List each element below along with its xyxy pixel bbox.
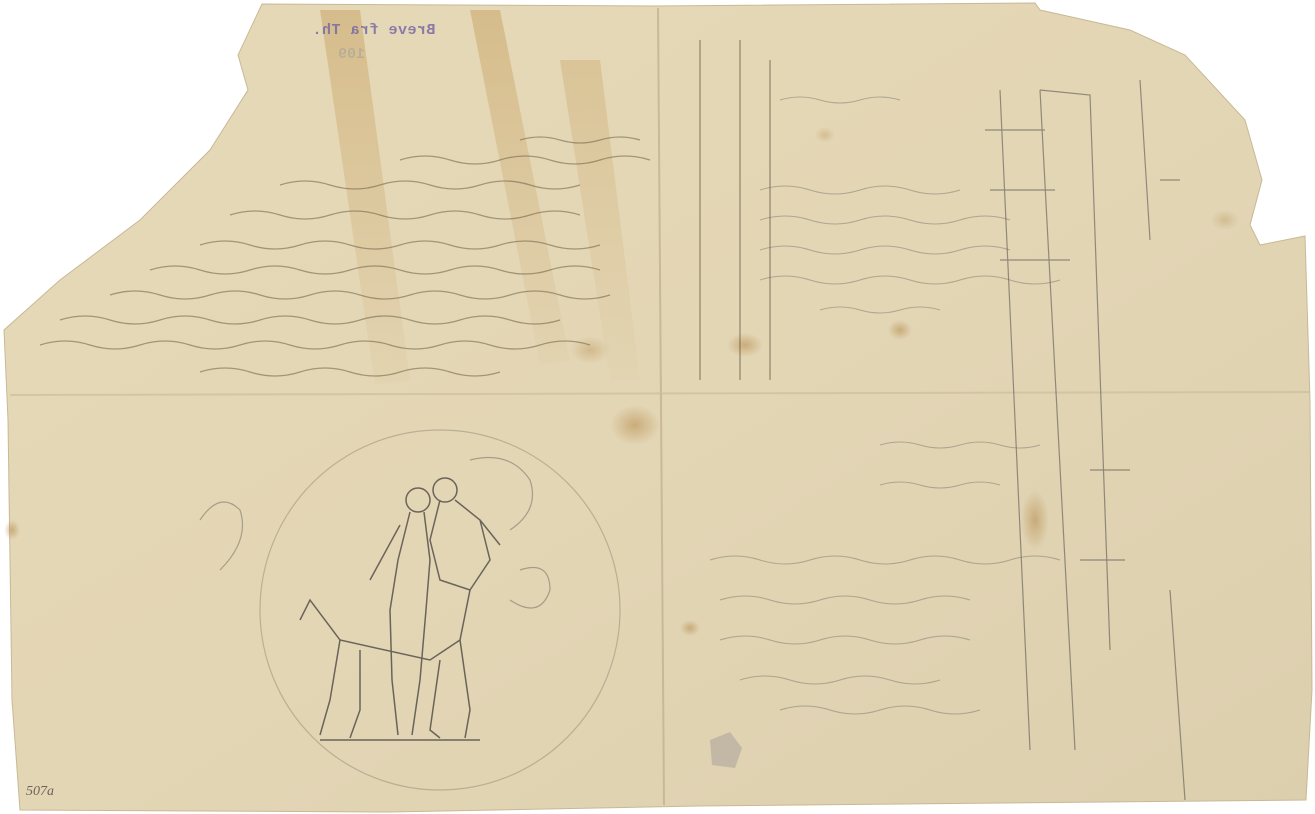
collection-stamp: Breve fra Th. <box>312 22 436 39</box>
stamp-number: 109 <box>338 46 365 63</box>
inventory-number: 507a <box>26 784 54 800</box>
manuscript-sheet: Breve fra Th. 109 507a <box>0 0 1315 814</box>
sheet-illustration <box>0 0 1315 814</box>
